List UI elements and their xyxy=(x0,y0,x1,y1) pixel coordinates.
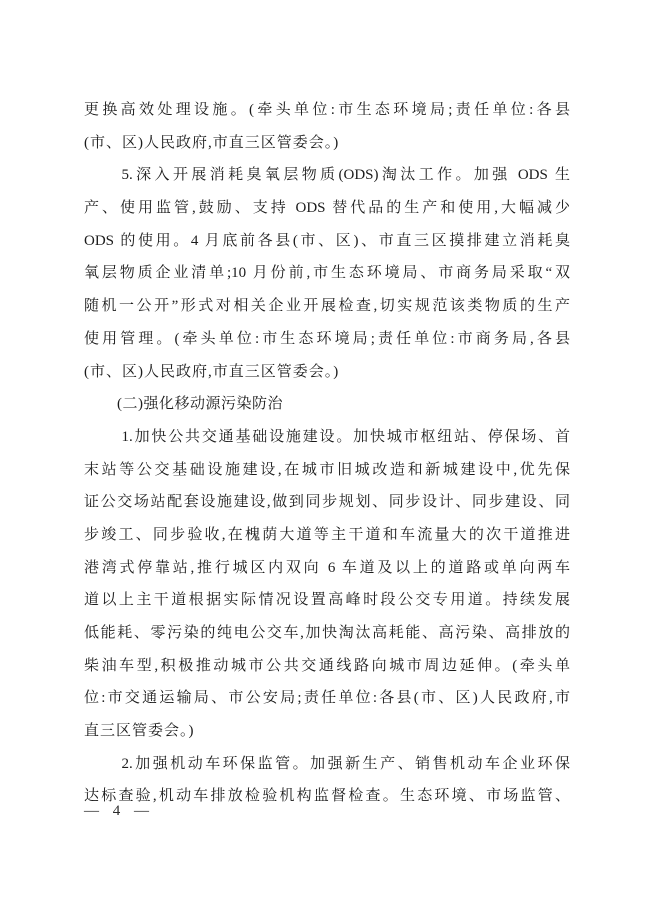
text-line: (市、区)人民政府,市直三区管委会。) xyxy=(84,127,570,160)
text-line: 1.加快公共交通基础设施建设。加快城市枢纽站、停保场、首 xyxy=(84,421,570,454)
text-line: 低能耗、零污染的纯电公交车,加快淘汰高耗能、高污染、高排放的 xyxy=(84,617,570,650)
text-line: 道以上主干道根据实际情况设置高峰时段公交专用道。持续发展 xyxy=(84,584,570,617)
text-line: 5.深入开展消耗臭氧层物质(ODS)淘汰工作。加强 ODS 生 xyxy=(84,159,570,192)
text-line: 随机一公开”形式对相关企业开展检查,切实规范该类物质的生产 xyxy=(84,290,570,323)
text-line: 证公交场站配套设施建设,做到同步规划、同步设计、同步建设、同 xyxy=(84,486,570,519)
text-line: 2.加强机动车环保监管。加强新生产、销售机动车企业环保 xyxy=(84,748,570,781)
text-line: 步竣工、同步验收,在槐荫大道等主干道和车流量大的次干道推进 xyxy=(84,519,570,552)
text-line: (市、区)人民政府,市直三区管委会。) xyxy=(84,356,570,389)
text-line: 直三区管委会。) xyxy=(84,715,570,748)
document-page: 更换高效处理设施。(牵头单位:市生态环境局;责任单位:各县(市、区)人民政府,市… xyxy=(0,0,650,919)
page-body-text: 更换高效处理设施。(牵头单位:市生态环境局;责任单位:各县(市、区)人民政府,市… xyxy=(84,94,570,813)
section-heading: (二)强化移动源污染防治 xyxy=(84,388,570,421)
text-line: 更换高效处理设施。(牵头单位:市生态环境局;责任单位:各县 xyxy=(84,94,570,127)
text-line: 达标查验,机动车排放检验机构监督检查。生态环境、市场监管、 xyxy=(84,780,570,813)
text-line: 氧层物质企业清单;10 月份前,市生态环境局、市商务局采取“双 xyxy=(84,257,570,290)
text-line: 产、使用监管,鼓励、支持 ODS 替代品的生产和使用,大幅减少 xyxy=(84,192,570,225)
text-line: 位:市交通运输局、市公安局;责任单位:各县(市、区)人民政府,市 xyxy=(84,682,570,715)
text-line: 港湾式停靠站,推行城区内双向 6 车道及以上的道路或单向两车 xyxy=(84,552,570,585)
text-line: ODS 的使用。4 月底前各县(市、区)、市直三区摸排建立消耗臭 xyxy=(84,225,570,258)
page-number: — 4 — xyxy=(84,801,154,821)
text-line: 使用管理。(牵头单位:市生态环境局;责任单位:市商务局,各县 xyxy=(84,323,570,356)
text-line: 末站等公交基础设施建设,在城市旧城改造和新城建设中,优先保 xyxy=(84,454,570,487)
text-line: 柴油车型,积极推动城市公共交通线路向城市周边延伸。(牵头单 xyxy=(84,650,570,683)
